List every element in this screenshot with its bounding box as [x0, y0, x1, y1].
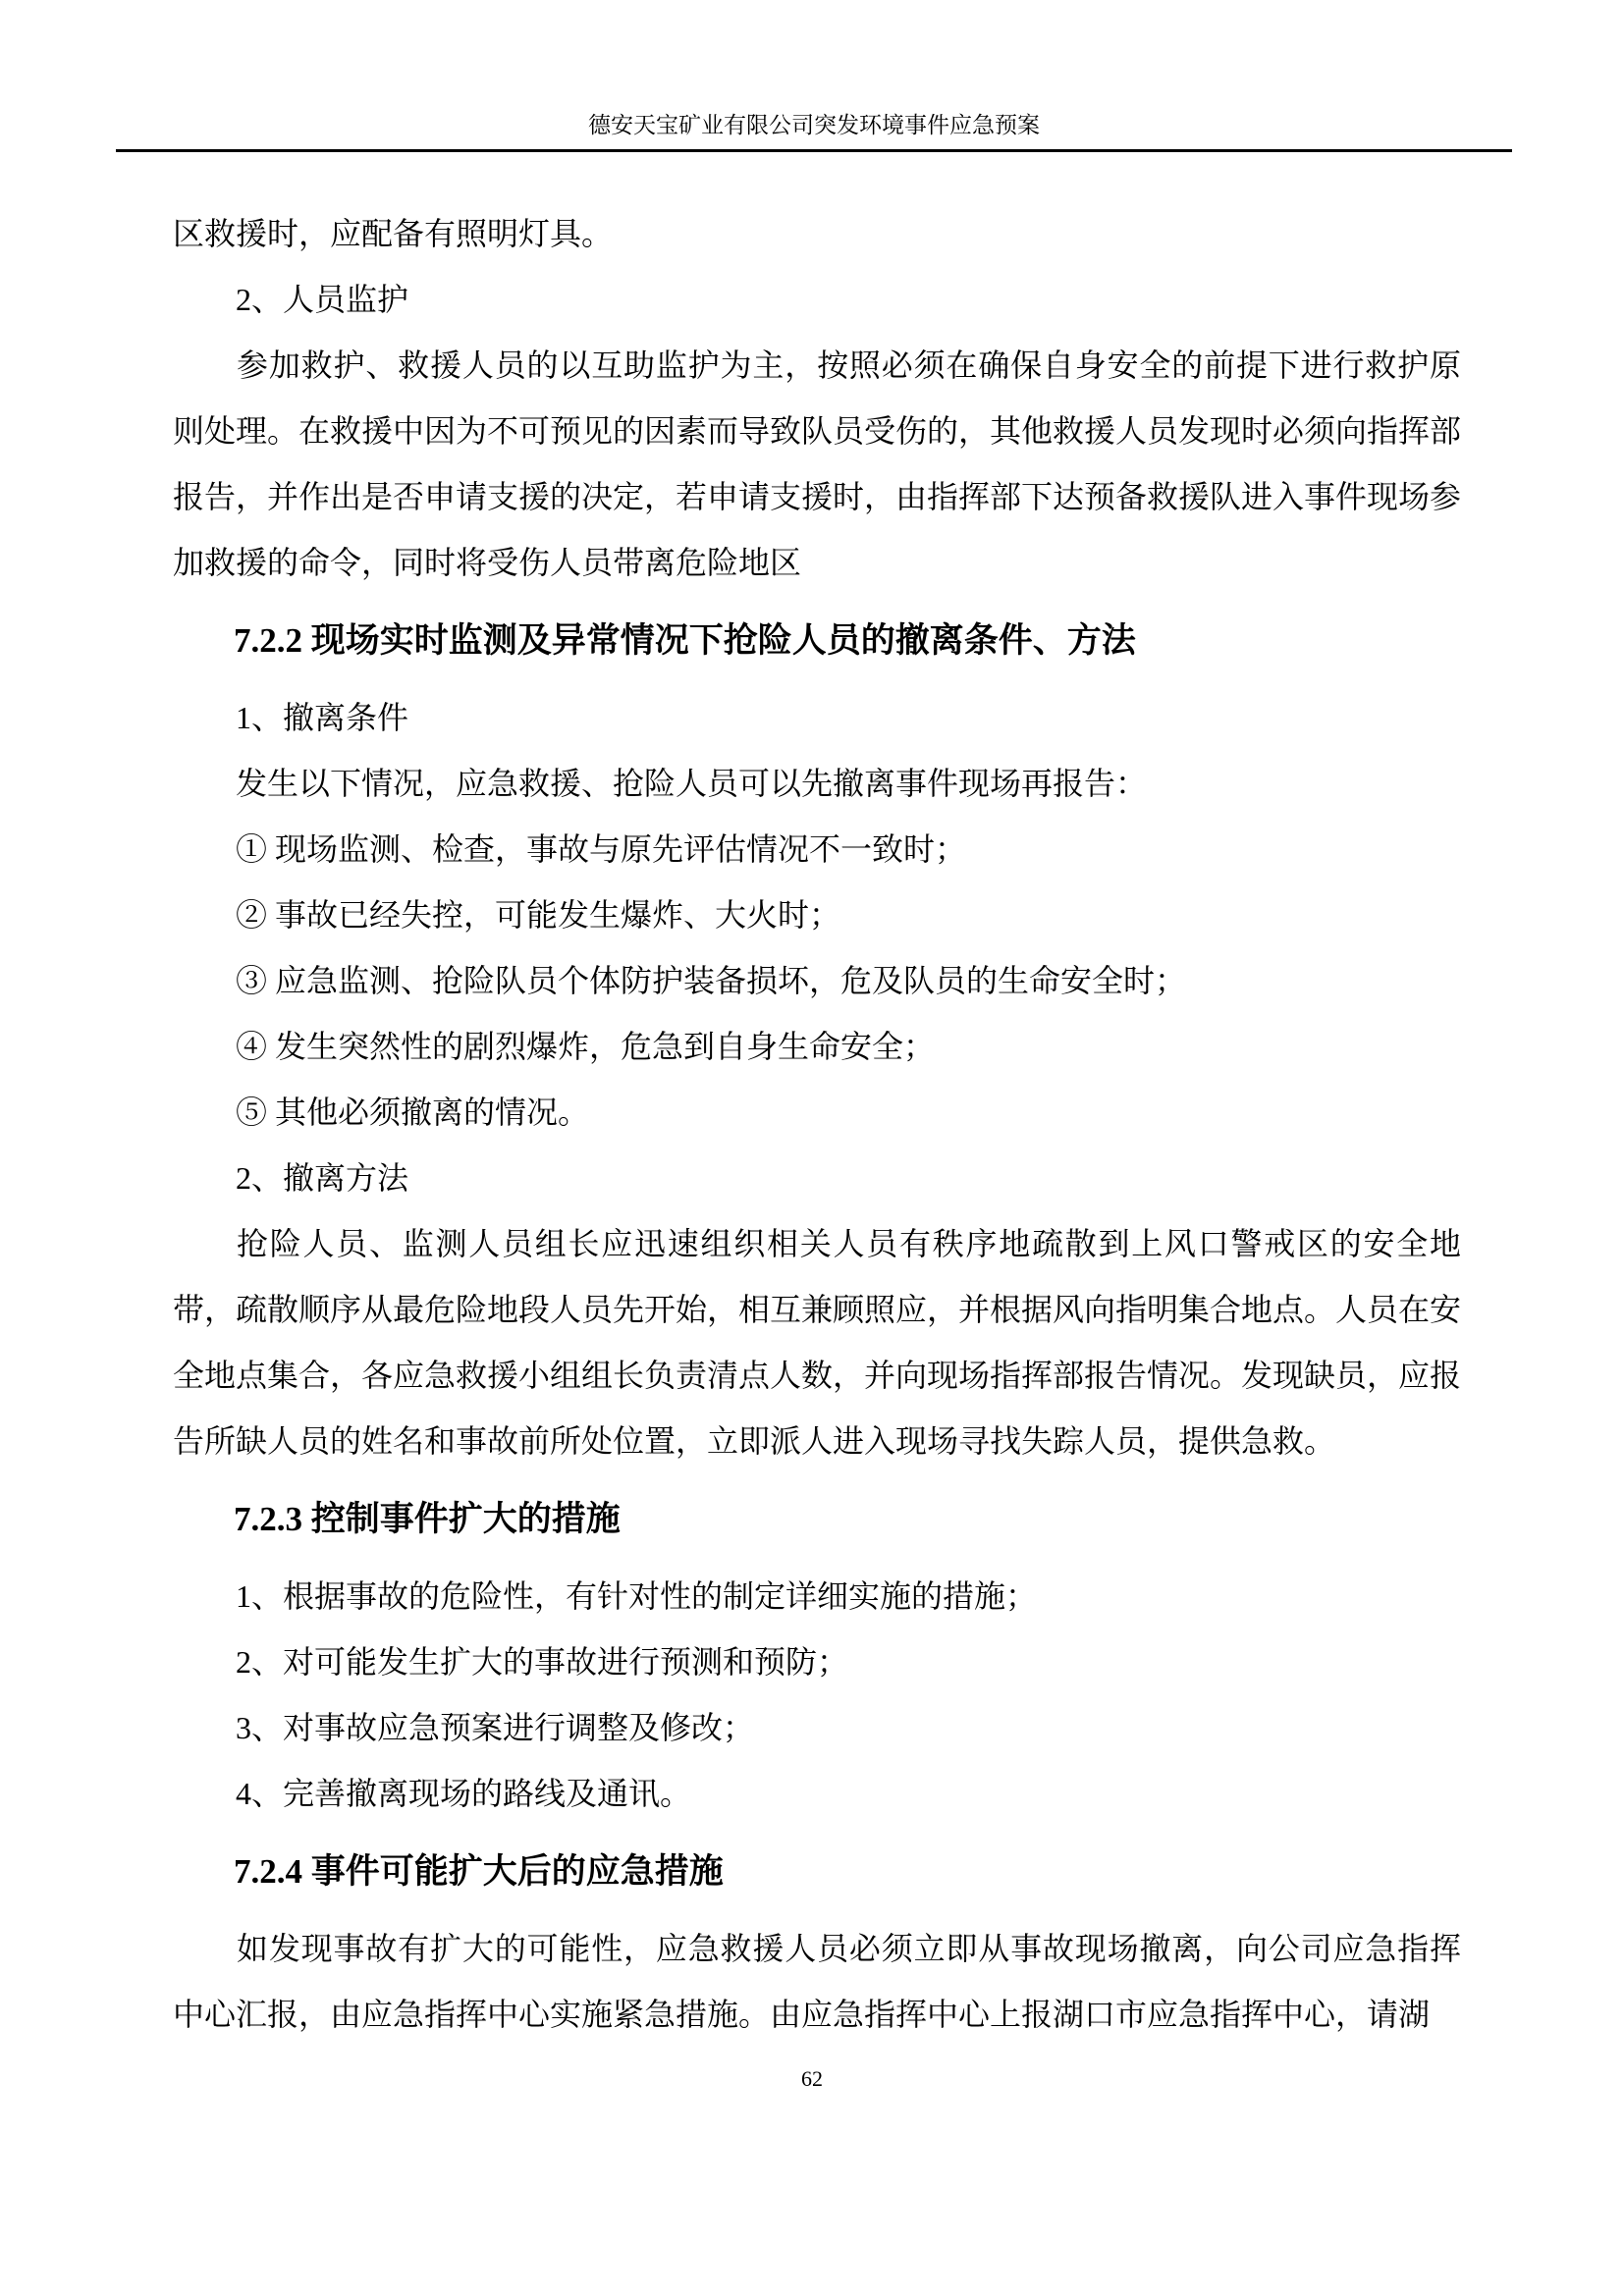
- list-item: ① 现场监测、检查，事故与原先评估情况不一致时；: [173, 817, 1461, 882]
- list-item: 2、人员监护: [173, 267, 1461, 333]
- paragraph: 如发现事故有扩大的可能性，应急救援人员必须立即从事故现场撤离，向公司应急指挥中心…: [173, 1916, 1461, 2048]
- paragraph: 抢险人员、监测人员组长应迅速组织相关人员有秩序地疏散到上风口警戒区的安全地带，疏…: [173, 1211, 1461, 1474]
- list-item: ② 事故已经失控，可能发生爆炸、大火时；: [173, 882, 1461, 948]
- list-item: 发生以下情况，应急救援、抢险人员可以先撤离事件现场再报告：: [173, 751, 1461, 817]
- list-item: ④ 发生突然性的剧烈爆炸，危急到自身生命安全；: [173, 1014, 1461, 1080]
- page-body: 区救援时，应配备有照明灯具。2、人员监护参加救护、救援人员的以互助监护为主，按照…: [173, 201, 1461, 2048]
- list-item: 2、撤离方法: [173, 1146, 1461, 1211]
- paragraph: 参加救护、救援人员的以互助监护为主，按照必须在确保自身安全的前提下进行救护原则处…: [173, 333, 1461, 596]
- document-page: 德安天宝矿业有限公司突发环境事件应急预案 区救援时，应配备有照明灯具。2、人员监…: [0, 0, 1624, 2296]
- list-item: ③ 应急监测、抢险队员个体防护装备损坏，危及队员的生命安全时；: [173, 948, 1461, 1014]
- list-item: 3、对事故应急预案进行调整及修改；: [173, 1695, 1461, 1761]
- list-item: 2、对可能发生扩大的事故进行预测和预防；: [173, 1629, 1461, 1695]
- list-item: 4、完善撤离现场的路线及通讯。: [173, 1761, 1461, 1827]
- page-header-title: 德安天宝矿业有限公司突发环境事件应急预案: [116, 111, 1512, 152]
- page-number: 62: [0, 2065, 1624, 2093]
- paragraph: 区救援时，应配备有照明灯具。: [173, 201, 1461, 267]
- list-item: 1、撤离条件: [173, 685, 1461, 751]
- section-heading: 7.2.4 事件可能扩大后的应急措施: [173, 1839, 1461, 1904]
- list-item: ⑤ 其他必须撤离的情况。: [173, 1080, 1461, 1146]
- list-item: 1、根据事故的危险性，有针对性的制定详细实施的措施；: [173, 1564, 1461, 1629]
- section-heading: 7.2.3 控制事件扩大的措施: [173, 1486, 1461, 1552]
- section-heading: 7.2.2 现场实时监测及异常情况下抢险人员的撤离条件、方法: [173, 608, 1461, 673]
